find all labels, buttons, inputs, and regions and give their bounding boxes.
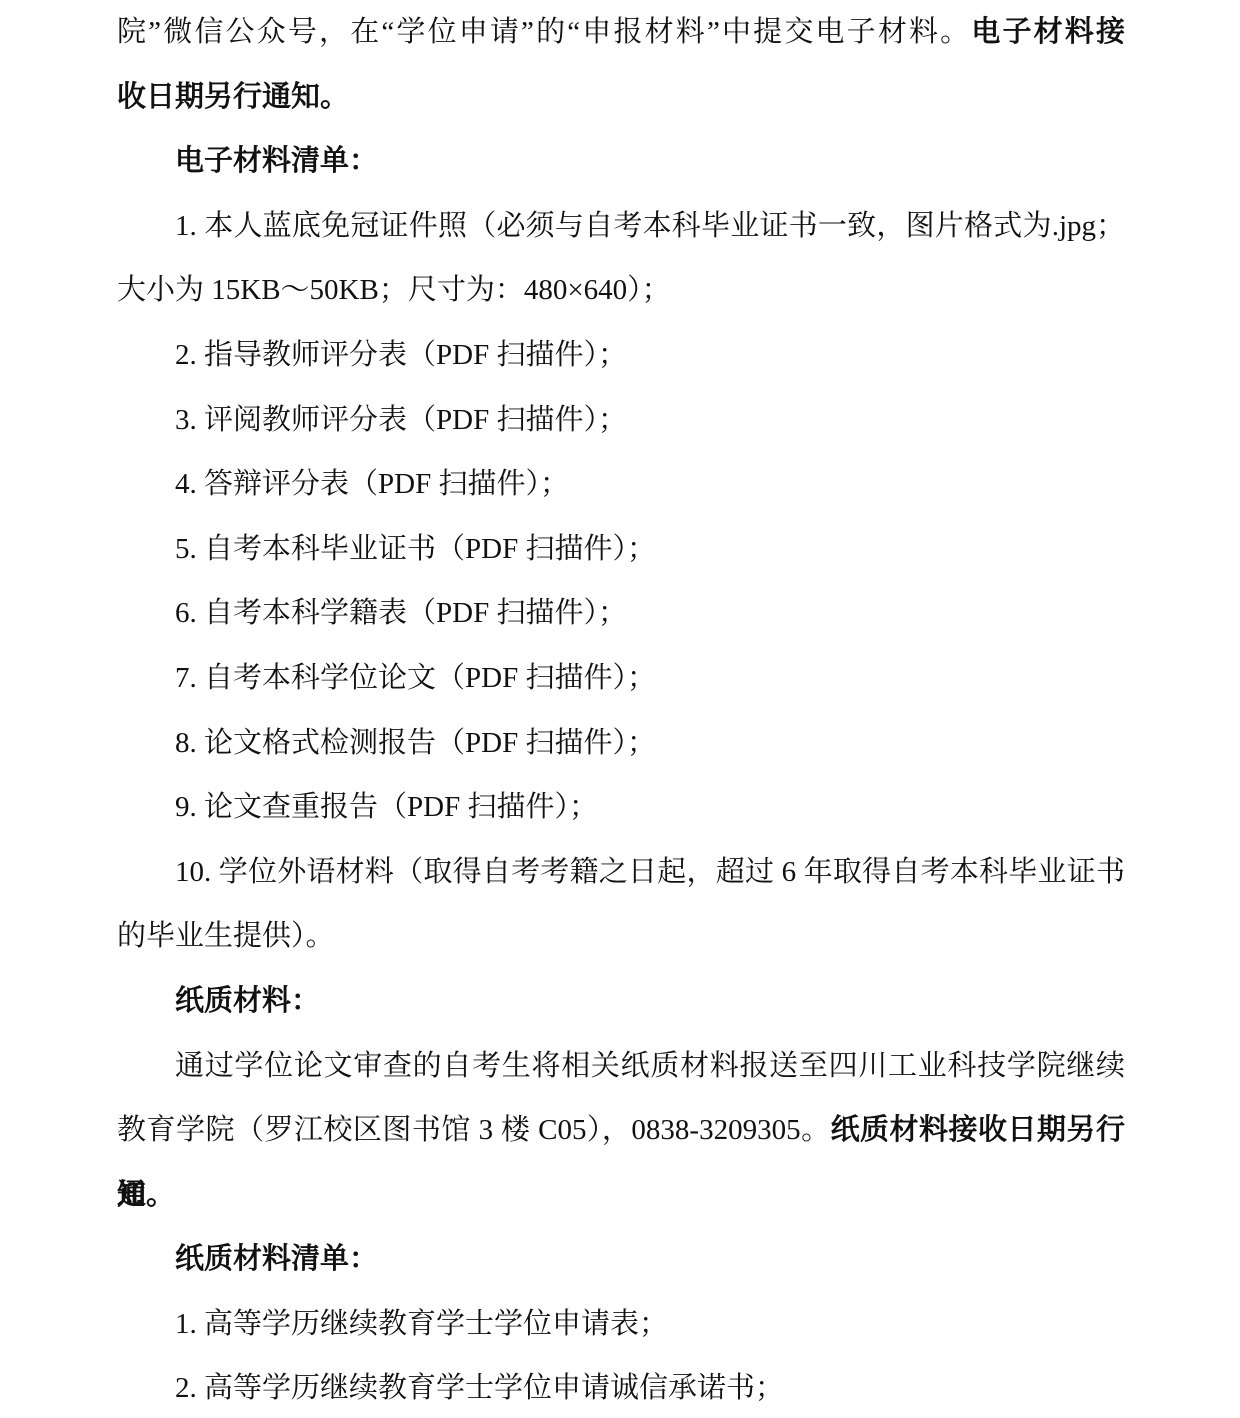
text-segment: 院”微信公众号，在“学位申请”的“申报材料”中提交电子材料。 (117, 16, 971, 48)
bold-text-segment: 收日期另行通知。 (117, 81, 349, 113)
text-line: 大小为 15KB～50KB；尺寸为：480×640）； (117, 258, 1125, 323)
text-line: 2. 高等学历继续教育学士学位申请诚信承诺书； (117, 1356, 1125, 1418)
bold-text-segment: 知。 (117, 1179, 175, 1211)
text-line: 电子材料清单： (117, 129, 1125, 194)
text-line: 1. 本人蓝底免冠证件照（必须与自考本科毕业证书一致，图片格式为.jpg； (117, 194, 1125, 259)
bold-text-segment: 纸质材料清单： (175, 1243, 378, 1275)
bold-text-segment: 电子材料清单： (175, 145, 378, 177)
bold-text-segment: 纸质材料： (175, 985, 320, 1017)
text-segment: 8. 论文格式检测报告（PDF 扫描件）； (175, 727, 656, 759)
document-text-body: 院”微信公众号，在“学位申请”的“申报材料”中提交电子材料。电子材料接收日期另行… (117, 0, 1125, 1418)
text-line: 7. 自考本科学位论文（PDF 扫描件）； (117, 646, 1125, 711)
text-segment: 2. 高等学历继续教育学士学位申请诚信承诺书； (175, 1372, 784, 1404)
text-segment: 的毕业生提供）。 (117, 920, 335, 952)
text-line: 9. 论文查重报告（PDF 扫描件）； (117, 775, 1125, 840)
text-segment: 2. 指导教师评分表（PDF 扫描件）； (175, 339, 627, 371)
text-line: 知。 (117, 1163, 1125, 1228)
text-line: 院”微信公众号，在“学位申请”的“申报材料”中提交电子材料。电子材料接 (117, 0, 1125, 65)
text-line: 纸质材料： (117, 969, 1125, 1034)
text-segment: 大小为 15KB～50KB；尺寸为：480×640）； (117, 274, 671, 306)
text-segment: 3. 评阅教师评分表（PDF 扫描件）； (175, 404, 627, 436)
text-line: 10. 学位外语材料（取得自考考籍之日起，超过 6 年取得自考本科毕业证书 (117, 840, 1125, 905)
text-line: 纸质材料清单： (117, 1227, 1125, 1292)
text-segment: 1. 本人蓝底免冠证件照（必须与自考本科毕业证书一致，图片格式为.jpg； (175, 210, 1125, 242)
text-segment: 1. 高等学历继续教育学士学位申请表； (175, 1308, 668, 1340)
text-line: 1. 高等学历继续教育学士学位申请表； (117, 1292, 1125, 1357)
text-line: 6. 自考本科学籍表（PDF 扫描件）； (117, 581, 1125, 646)
text-segment: 5. 自考本科毕业证书（PDF 扫描件）； (175, 533, 656, 565)
text-segment: 4. 答辩评分表（PDF 扫描件）； (175, 468, 569, 500)
text-line: 5. 自考本科毕业证书（PDF 扫描件）； (117, 517, 1125, 582)
text-line: 8. 论文格式检测报告（PDF 扫描件）； (117, 711, 1125, 776)
bold-text-segment: 电子材料接 (971, 16, 1125, 48)
text-segment: 通过学位论文审查的自考生将相关纸质材料报送至四川工业科技学院继续 (175, 1050, 1125, 1082)
text-line: 3. 评阅教师评分表（PDF 扫描件）； (117, 388, 1125, 453)
text-segment: 7. 自考本科学位论文（PDF 扫描件）； (175, 662, 656, 694)
text-line: 收日期另行通知。 (117, 65, 1125, 130)
text-line: 的毕业生提供）。 (117, 904, 1125, 969)
text-segment: 9. 论文查重报告（PDF 扫描件）； (175, 791, 598, 823)
text-line: 通过学位论文审查的自考生将相关纸质材料报送至四川工业科技学院继续 (117, 1034, 1125, 1099)
text-line: 教育学院（罗江校区图书馆 3 楼 C05），0838-3209305。纸质材料接… (117, 1098, 1125, 1163)
text-segment: 教育学院（罗江校区图书馆 3 楼 C05），0838-3209305。 (117, 1114, 831, 1146)
text-segment: 10. 学位外语材料（取得自考考籍之日起，超过 6 年取得自考本科毕业证书 (175, 856, 1125, 888)
text-line: 2. 指导教师评分表（PDF 扫描件）； (117, 323, 1125, 388)
text-segment: 6. 自考本科学籍表（PDF 扫描件）； (175, 597, 627, 629)
document-page: { "page": { "background_color": "#ffffff… (0, 0, 1240, 1418)
text-line: 4. 答辩评分表（PDF 扫描件）； (117, 452, 1125, 517)
